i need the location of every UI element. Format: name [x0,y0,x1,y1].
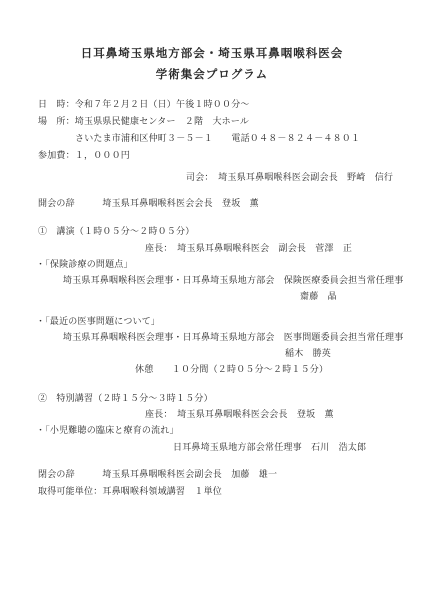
session2-heading: ② 特別講習（２時１５分～３時１５分） [38,392,213,404]
document-title-line2: 学術集会プログラム [0,69,424,81]
document-title-line1: 日耳鼻埼玉県地方部会・埼玉県耳鼻咽喉科医会 [0,48,424,60]
session1-heading: ① 講演（１時０５分～２時０５分） [38,225,194,237]
credit-line: 取得可能単位：耳鼻咽喉科領域講習 １単位 [38,485,222,497]
date-line: 日 時：令和７年２月２日（日）午後１時００分～ [38,98,250,110]
session2-chair-line: 座長： 埼玉県耳鼻咽喉科医会会長 登坂 薫 [145,408,334,420]
session1-talk2-speaker: 稲木 勝英 [285,347,331,359]
session1-talk1-title: ・「保険診療の問題点」 [36,258,133,270]
session2-talk1-affiliation: 日耳鼻埼玉県地方部会常任理事 石川 浩太郎 [173,441,366,453]
session1-talk2-title: ・「最近の医事問題について」 [36,315,160,327]
break-line: 休憩 １０分間（２時０５分～２時１５分） [135,363,328,375]
closing-remarks-line: 閉会の辞 埼玉県耳鼻咽喉科医会副会長 加藤 雄一 [38,468,277,480]
fee-line: 参加費：１，０００円 [38,149,130,161]
session2-talk1-title: ・「小児難聴の臨床と療育の流れ」 [36,424,179,436]
session1-talk2-affiliation: 埼玉県耳鼻咽喉科医会理事・日耳鼻埼玉県地方部会 医事問題委員会担当常任理事 [63,331,403,343]
session1-talk1-speaker: 齋藤 晶 [300,290,337,302]
venue-line: 場 所：埼玉県県民健康センター ２階 大ホール [38,115,249,127]
program-document-page: 日耳鼻埼玉県地方部会・埼玉県耳鼻咽喉科医会 学術集会プログラム 日 時：令和７年… [0,0,424,600]
opening-remarks-line: 開会の辞 埼玉県耳鼻咽喉科医会会長 登坂 薫 [38,197,259,209]
address-line: さいたま市浦和区仲町３－５－１ 電話０４８－８２４－４８０１ [75,132,360,144]
session1-chair-line: 座長： 埼玉県耳鼻咽喉科医会 副会長 菅澤 正 [145,242,352,254]
session1-talk1-affiliation: 埼玉県耳鼻咽喉科医会理事・日耳鼻埼玉県地方部会 保険医療委員会担当常任理事 [63,274,403,286]
moderator-line: 司会： 埼玉県耳鼻咽喉科医会副会長 野崎 信行 [186,171,393,183]
